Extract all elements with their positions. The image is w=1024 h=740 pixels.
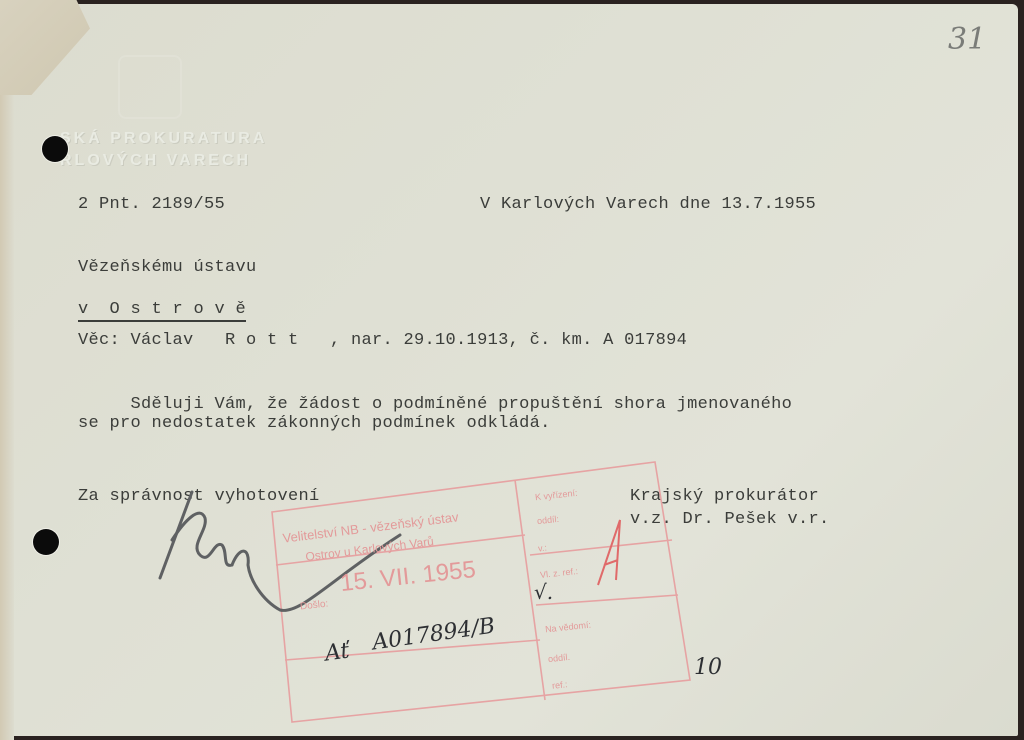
signatory-name: v.z. Dr. Pešek v.r. [630,510,830,529]
emboss-line-2: RLOVÝCH VARECH [60,150,267,172]
emboss-emblem-icon [118,55,182,119]
stamp-cell-6: ref.: [552,679,568,691]
handwritten-prefix: Ať [323,638,351,666]
subject-line: Věc: Václav R o t t , nar. 29.10.1913, č… [78,331,687,350]
handwritten-initials: 10 [694,655,722,680]
body-line-1: Sděluji Vám, že žádost o podmíněné propu… [78,395,792,414]
emboss-line-1: SKÁ PROKURATURA [60,128,267,150]
page-number: 31 [948,22,986,57]
embossed-letterhead: SKÁ PROKURATURA RLOVÝCH VARECH [60,128,267,172]
place-date: V Karlových Varech dne 13.7.1955 [480,195,816,214]
certification-text: Za správnost vyhotovení [78,487,320,506]
stamp-cell-2: v.: [538,543,548,554]
recipient-line-1: Vězeňskému ústavu [78,258,257,277]
paper-left-edge [0,90,14,740]
punch-hole-icon [42,136,68,162]
reference-number: 2 Pnt. 2189/55 [78,195,225,214]
punch-hole-icon [33,529,59,555]
body-line-2: se pro nedostatek zákonných podmínek odk… [78,414,551,433]
handwritten-check: √. [534,580,553,604]
signatory-title: Krajský prokurátor [630,487,819,506]
recipient-line-2: v O s t r o v ě [78,300,246,322]
